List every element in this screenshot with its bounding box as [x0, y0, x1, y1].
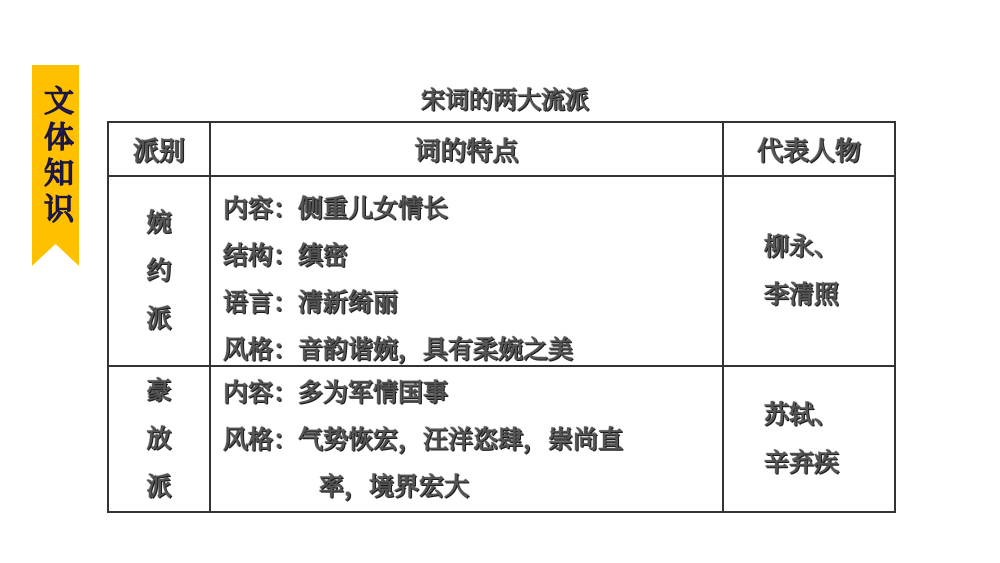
- header-features: 词的特点: [210, 122, 723, 176]
- features-cell: 内容：多为军情国事 风格：气势恢宏，汪洋恣肆，崇尚直 率，境界宏大: [210, 366, 723, 512]
- school-char: 豪: [109, 367, 209, 415]
- feature-content: 内容：侧重儿女情长: [223, 185, 722, 232]
- representatives-cell: 苏轼、 辛弃疾: [723, 366, 895, 512]
- representative: 苏轼、: [764, 391, 894, 439]
- representative: 柳永、: [764, 223, 894, 271]
- features-cell: 内容：侧重儿女情长 结构：缜密 语言：清新绮丽 风格：音韵谐婉，具有柔婉之美: [210, 176, 723, 366]
- feature-content: 内容：多为军情国事: [223, 369, 722, 416]
- school-char: 约: [109, 247, 209, 295]
- representatives-cell: 柳永、 李清照: [723, 176, 895, 366]
- table-row-haofang: 豪 放 派 内容：多为军情国事 风格：气势恢宏，汪洋恣肆，崇尚直 率，境界宏大 …: [108, 366, 895, 512]
- feature-structure: 结构：缜密: [223, 232, 722, 279]
- header-school: 派别: [108, 122, 210, 176]
- representative: 辛弃疾: [764, 439, 894, 487]
- school-char: 派: [109, 463, 209, 511]
- section-ribbon-label: 文体知识: [32, 72, 79, 242]
- song-ci-schools-table: 派别 词的特点 代表人物 婉 约 派 内容：侧重儿女情长 结构：缜密 语言：清新…: [107, 121, 896, 513]
- feature-style: 风格：气势恢宏，汪洋恣肆，崇尚直: [223, 416, 722, 463]
- school-cell: 婉 约 派: [108, 176, 210, 366]
- feature-language: 语言：清新绮丽: [223, 279, 722, 326]
- feature-style-cont: 率，境界宏大: [223, 463, 722, 510]
- school-char: 放: [109, 415, 209, 463]
- table-row-wanyue: 婉 约 派 内容：侧重儿女情长 结构：缜密 语言：清新绮丽 风格：音韵谐婉，具有…: [108, 176, 895, 366]
- school-cell: 豪 放 派: [108, 366, 210, 512]
- page-title: 宋词的两大流派: [360, 80, 650, 115]
- school-char: 婉: [109, 199, 209, 247]
- representative: 李清照: [764, 271, 894, 319]
- school-char: 派: [109, 295, 209, 343]
- header-representatives: 代表人物: [723, 122, 895, 176]
- table-header-row: 派别 词的特点 代表人物: [108, 122, 895, 176]
